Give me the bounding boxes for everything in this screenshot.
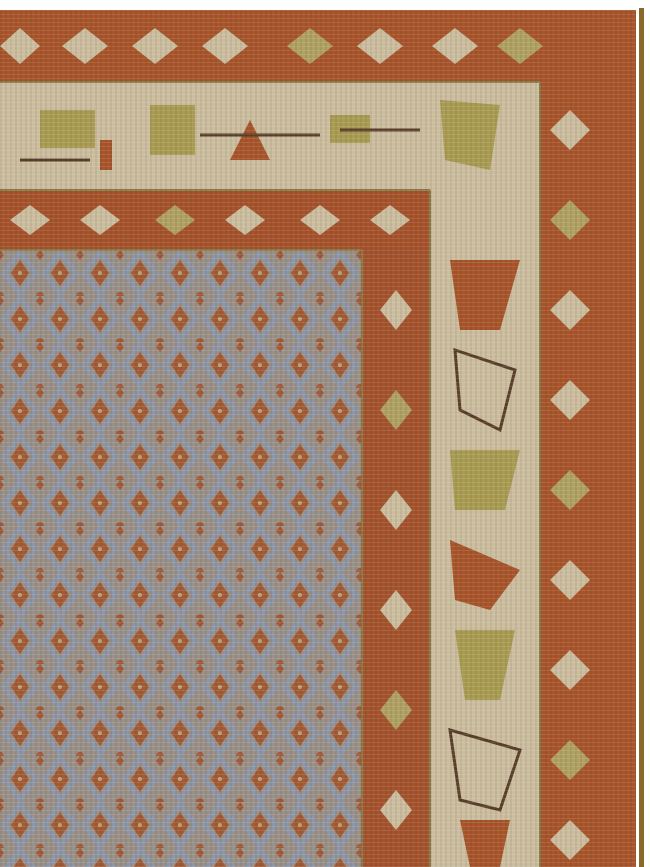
outer-guard-rosettes — [0, 28, 543, 64]
border-motifs — [0, 10, 636, 867]
rug-photo — [0, 10, 636, 867]
outer-guard-right-rosettes — [550, 110, 590, 860]
main-border-right-figures — [450, 260, 520, 867]
inner-guard-rosettes — [10, 205, 410, 235]
inner-guard-right-rosettes — [380, 290, 412, 830]
rug-selvedge-edge — [639, 8, 644, 867]
